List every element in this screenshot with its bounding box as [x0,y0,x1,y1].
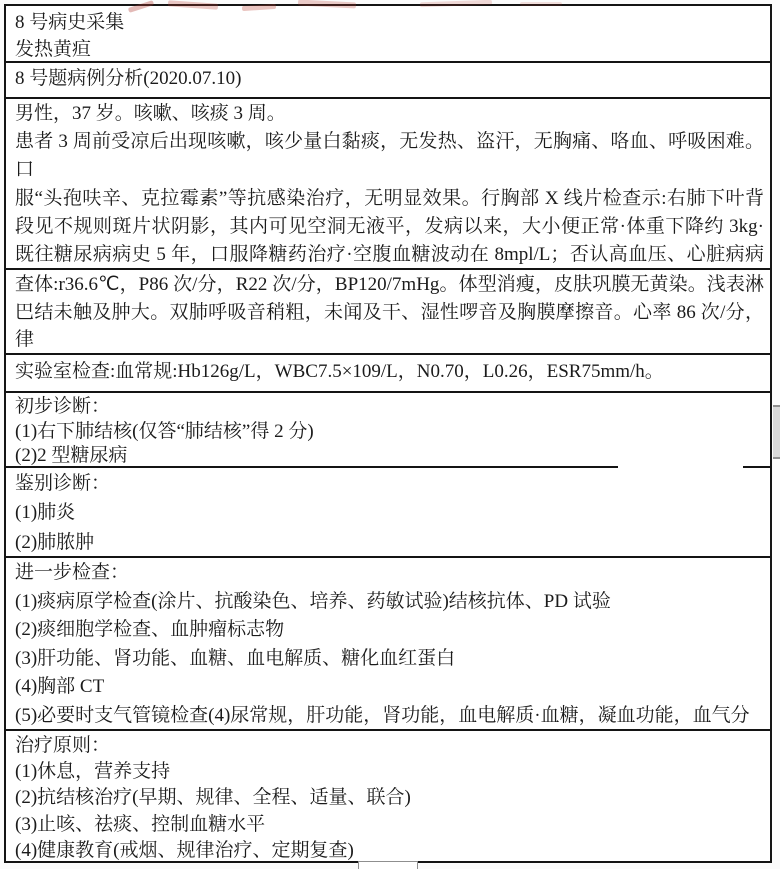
differential-diagnosis-heading: 鉴别诊断： [15,469,764,498]
row-lab-tests: 实验室检查:血常规:Hb126g/L，WBC7.5×109/L，N0.70，L0… [6,355,770,393]
preliminary-diagnosis-heading: 初步诊断： [15,395,764,420]
row-patient-header: 8 号病史采集 发热黄疸 [6,6,770,63]
row-case-analysis-title: 8 号题病例分析(2020.07.10) [6,63,770,99]
further-test-item: (2)痰细胞学检查、血肿瘤标志物 [15,616,764,645]
further-tests-heading: 进一步检查： [15,559,764,588]
row-preliminary-diagnosis: 初步诊断： (1)右下肺结核(仅答“肺结核”得 2 分) (2)2 型糖尿病 [6,393,770,468]
treatment-item: (3)止咳、祛痰、控制血糖水平 [15,812,764,838]
diagnosis-item: (2)2 型糖尿病 [15,444,764,468]
further-test-item: (4)胸部 CT [15,673,764,702]
differential-item: (2)肺脓肿 [15,528,764,557]
lab-tests-line: 实验室检查:血常规:Hb126g/L，WBC7.5×109/L，N0.70，L0… [15,355,764,389]
case-analysis-title: 8 号题病例分析(2020.07.10) [15,63,764,95]
physical-exam-line: 巴结未触及肿大。双肺呼吸音稍粗，未闻及干、湿性啰音及胸膜摩擦音。心率 86 次/… [15,299,764,354]
scrollbar-thumb-fragment[interactable] [773,405,780,459]
chief-symptom: 发热黄疸 [15,36,764,63]
history-line: 服“头孢呋辛、克拉霉素”等抗感染治疗，无明显效果。行胸部 X 线片检查示:右肺下… [15,185,764,213]
treatment-item: (4)健康教育(戒烟、规律治疗、定期复查) [15,838,764,861]
broken-divider-right-stub [743,466,770,468]
further-test-item: (3)肝功能、肾功能、血糖、血电解质、糖化血红蛋白 [15,645,764,674]
further-test-item: (5)必要时支气管镜检查(4)尿常规，肝功能，肾功能，血电解质·血糖，凝血功能，… [15,702,764,731]
treatment-heading: 治疗原则： [15,733,764,759]
further-test-item: (1)痰病原学检查(涂片、抗酸染色、培养、药敏试验)结核抗体、PD 试验 [15,588,764,617]
row-treatment-principles: 治疗原则： (1)休息，营养支持 (2)抗结核治疗(早期、规律、全程、适量、联合… [6,731,770,861]
history-line: 男性，37 岁。咳嗽、咳痰 3 周。 [15,100,764,128]
treatment-item: (1)休息，营养支持 [15,759,764,785]
red-smudge-mark [520,2,562,6]
row-physical-exam: 查体:r36.6℃，P86 次/分，R22 次/分，BP120/7mHg。体型消… [6,270,770,355]
differential-item: (1)肺炎 [15,498,764,527]
physical-exam-line: 查体:r36.6℃，P86 次/分，R22 次/分，BP120/7mHg。体型消… [15,271,764,299]
history-line: 段见不规则斑片状阴影，其内可见空洞无液平，发病以来，大小便正常·体重下降约 3k… [15,213,764,241]
broken-divider-left-segment [6,466,618,468]
row-differential-diagnosis: 鉴别诊断： (1)肺炎 (2)肺脓肿 [6,468,770,558]
medical-case-table: 8 号病史采集 发热黄疸 8 号题病例分析(2020.07.10) 男性，37 … [4,4,772,863]
cropped-cell-fragment [358,861,418,869]
diagnosis-item: (1)右下肺结核(仅答“肺结核”得 2 分) [15,420,764,445]
history-line: 患者 3 周前受凉后出现咳嗽，咳少量白黏痰，无发热、盗汗，无胸痛、咯血、呼吸困难… [15,128,764,184]
history-line: 既往糖尿病病史 5 年，口服降糖药治疗·空腹血糖波动在 8mpl/L；否认高血压… [15,241,764,270]
row-further-tests: 进一步检查： (1)痰病原学检查(涂片、抗酸染色、培养、药敏试验)结核抗体、PD… [6,558,770,731]
row-history: 男性，37 岁。咳嗽、咳痰 3 周。 患者 3 周前受凉后出现咳嗽，咳少量白黏痰… [6,99,770,270]
case-number-title: 8 号病史采集 [15,9,764,36]
treatment-item: (2)抗结核治疗(早期、规律、全程、适量、联合) [15,785,764,811]
